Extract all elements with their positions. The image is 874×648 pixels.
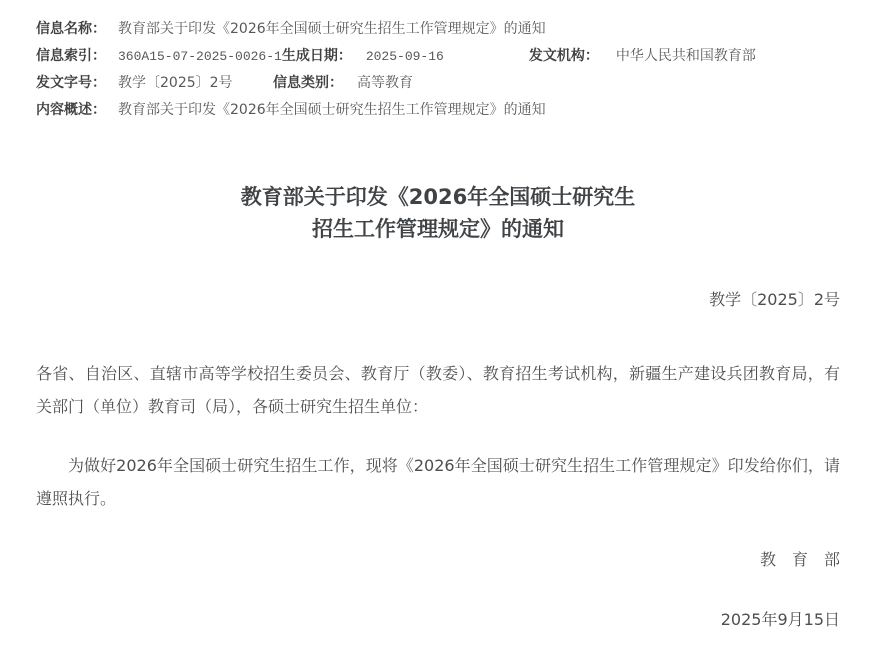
document-body: 教育部关于印发《2026年全国硕士研究生 招生工作管理规定》的通知 教学〔202…	[0, 181, 874, 631]
signer: 教 育 部	[36, 549, 840, 571]
doc-number-label: 发文字号：	[36, 75, 118, 92]
summary-label: 内容概述：	[36, 102, 118, 119]
meta-row-summary: 内容概述： 教育部关于印发《2026年全国硕士研究生招生工作管理规定》的通知	[36, 102, 840, 119]
doc-number-value: 教学〔2025〕2号	[118, 75, 273, 92]
info-name-label: 信息名称：	[36, 21, 118, 38]
summary-value: 教育部关于印发《2026年全国硕士研究生招生工作管理规定》的通知	[118, 102, 546, 119]
info-name-value: 教育部关于印发《2026年全国硕士研究生招生工作管理规定》的通知	[118, 21, 546, 38]
issuing-org-value: 中华人民共和国教育部	[616, 48, 756, 65]
document-title-line1: 教育部关于印发《2026年全国硕士研究生	[36, 181, 840, 213]
meta-row-index-date-org: 信息索引： 360A15-07-2025-0026-1 生成日期： 2025-0…	[36, 48, 840, 65]
meta-row-info-name: 信息名称： 教育部关于印发《2026年全国硕士研究生招生工作管理规定》的通知	[36, 21, 840, 38]
gen-date-value: 2025-09-16	[366, 48, 529, 65]
info-index-value: 360A15-07-2025-0026-1	[118, 48, 282, 65]
category-label: 信息类别：	[273, 75, 357, 92]
document-meta: 信息名称： 教育部关于印发《2026年全国硕士研究生招生工作管理规定》的通知 信…	[0, 0, 874, 119]
document-title: 教育部关于印发《2026年全国硕士研究生 招生工作管理规定》的通知	[36, 181, 840, 245]
meta-row-number-category: 发文字号： 教学〔2025〕2号 信息类别： 高等教育	[36, 75, 840, 92]
issuing-org-label: 发文机构：	[529, 48, 616, 65]
document-title-line2: 招生工作管理规定》的通知	[36, 213, 840, 245]
info-index-label: 信息索引：	[36, 48, 118, 65]
addressee-paragraph: 各省、自治区、直辖市高等学校招生委员会、教育厅（教委）、教育招生考试机构，新疆生…	[36, 357, 840, 423]
gen-date-label: 生成日期：	[282, 48, 366, 65]
document-number: 教学〔2025〕2号	[36, 289, 840, 311]
category-value: 高等教育	[357, 75, 413, 92]
sign-date: 2025年9月15日	[36, 609, 840, 631]
body-paragraph: 为做好2026年全国硕士研究生招生工作，现将《2026年全国硕士研究生招生工作管…	[36, 449, 840, 515]
